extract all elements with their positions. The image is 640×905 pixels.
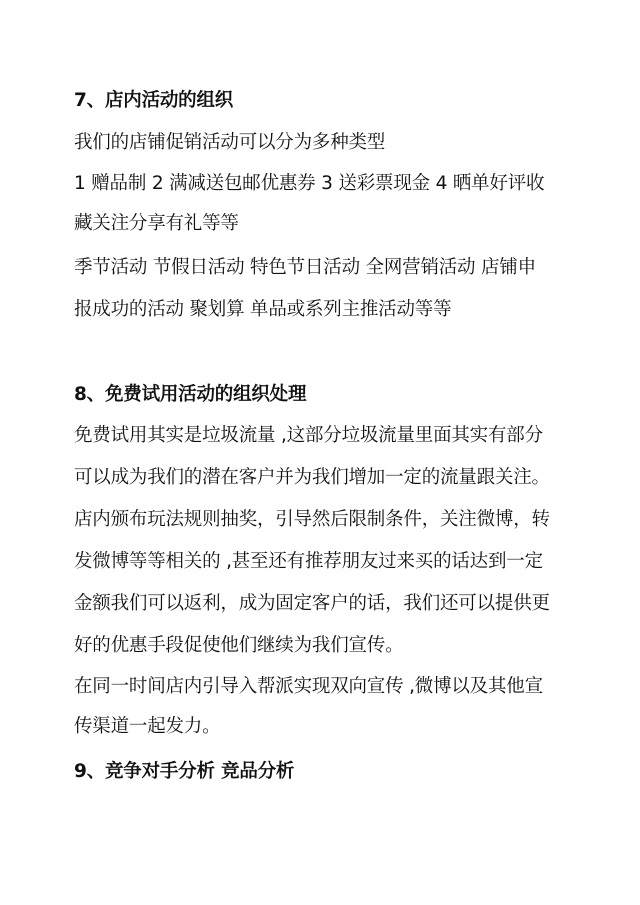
paragraph-line: 传渠道一起发力。 [74, 715, 220, 739]
paragraph-line: 1 赠品制 2 满减送包邮优惠券 3 送彩票现金 4 晒单好评收 [74, 172, 544, 196]
paragraph-line: 金额我们可以返利，成为固定客户的话，我们还可以提供更 [74, 592, 550, 616]
paragraph-line: 免费试用其实是垃圾流量 ,这部分垃圾流量里面其实有部分 [74, 424, 543, 448]
paragraph-line: 报成功的活动 聚划算 单品或系列主推活动等等 [74, 298, 451, 322]
paragraph-line: 在同一时间店内引导入帮派实现双向宣传 ,微博以及其他宣 [74, 675, 543, 699]
paragraph-line: 可以成为我们的潜在客户并为我们增加一定的流量跟关注。 [74, 466, 550, 490]
section-7-heading: 7、店内活动的组织 [74, 89, 233, 113]
paragraph-line: 好的优惠手段促使他们继续为我们宣传。 [74, 634, 403, 658]
paragraph-line: 我们的店铺促销活动可以分为多种类型 [74, 131, 385, 155]
section-8-heading: 8、免费试用活动的组织处理 [74, 383, 306, 407]
section-9-heading: 9、竞争对手分析 竞品分析 [74, 760, 294, 784]
paragraph-line: 季节活动 节假日活动 特色节日活动 全网营销活动 店铺申 [74, 256, 536, 280]
paragraph-line: 发微博等等相关的 ,甚至还有推荐朋友过来买的话达到一定 [74, 550, 543, 574]
paragraph-line: 店内颁布玩法规则抽奖，引导然后限制条件，关注微博，转 [74, 508, 550, 532]
paragraph-line: 藏关注分享有礼等等 [74, 212, 239, 236]
